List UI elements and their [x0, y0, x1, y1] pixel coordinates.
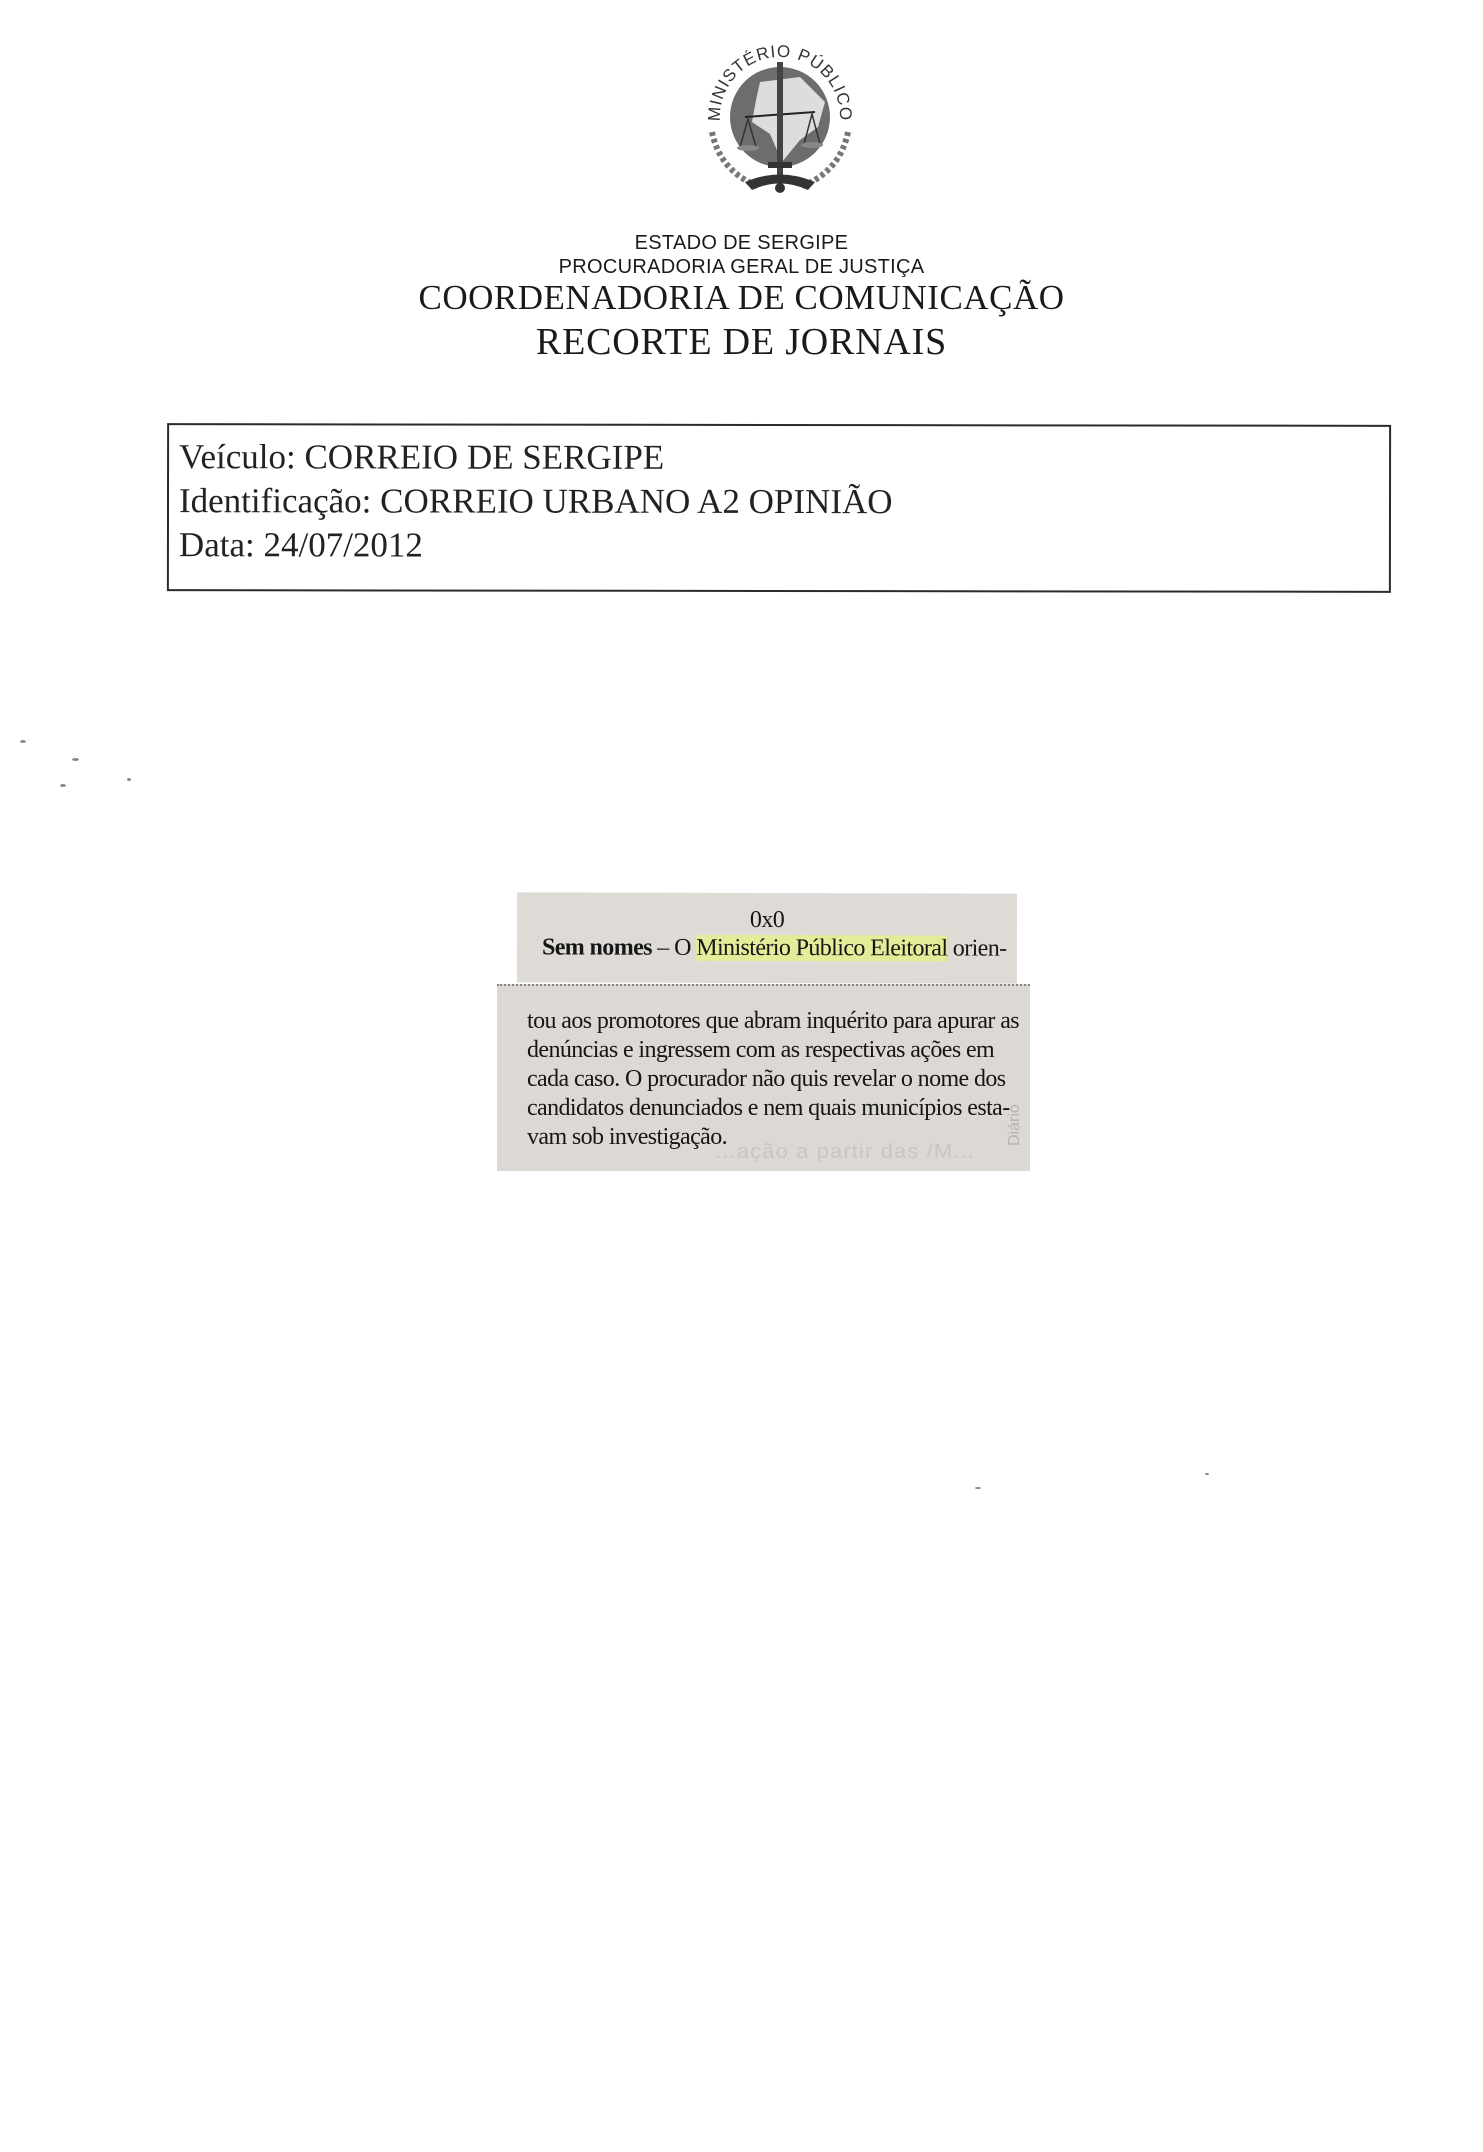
identification-line: Identificação: CORREIO URBANO A2 OPINIÃO — [179, 479, 1389, 525]
clipping-body-line: cada caso. O procurador não quis revelar… — [527, 1065, 1019, 1094]
header-state: ESTADO DE SERGIPE — [0, 232, 1483, 255]
ministerio-publico-seal-icon: MINISTÉRIO PÚBLICO — [690, 22, 870, 202]
identification-label: Identificação: — [179, 481, 371, 520]
vehicle-line: Veículo: CORREIO DE SERGIPE — [179, 435, 1389, 481]
date-value: 24/07/2012 — [263, 525, 423, 564]
clipping-lead-rest: orien- — [947, 935, 1006, 961]
clipping-lead-bold: Sem nomes — [542, 934, 652, 960]
clipping-lead-dash: – O — [652, 935, 696, 961]
newspaper-clipping-top: 0x0 Sem nomes – O Ministério Público Ele… — [517, 892, 1017, 983]
clipping-body-line: tou aos promotores que abram inquérito p… — [527, 1007, 1019, 1036]
clipping-lead: Sem nomes – O Ministério Público Eleitor… — [542, 934, 1007, 962]
clipping-body-line: candidatos denunciados e nem quais munic… — [527, 1094, 1019, 1123]
date-line: Data: 24/07/2012 — [179, 523, 1389, 569]
vehicle-value: CORREIO DE SERGIPE — [304, 437, 664, 477]
identification-value: CORREIO URBANO A2 OPINIÃO — [380, 481, 892, 521]
vehicle-label: Veículo: — [179, 437, 296, 476]
clipping-body-line: denúncias e ingressem com as respectivas… — [527, 1036, 1019, 1065]
bleed-through-side-text: Diário — [1006, 1006, 1022, 1146]
header-department: COORDENADORIA DE COMUNICAÇÃO — [0, 278, 1483, 318]
clipping-body-text: tou aos promotores que abram inquérito p… — [527, 1007, 1019, 1152]
clipping-highlighted-text: Ministério Público Eleitoral — [696, 935, 947, 962]
bleed-through-text: ...ação a partir das /M... — [715, 1141, 975, 1164]
page-title: RECORTE DE JORNAIS — [0, 320, 1483, 364]
date-label: Data: — [179, 525, 255, 564]
clipping-info-box: Veículo: CORREIO DE SERGIPE Identificaçã… — [167, 423, 1391, 593]
clipping-code: 0x0 — [517, 906, 1017, 934]
newspaper-clipping-body: tou aos promotores que abram inquérito p… — [497, 984, 1030, 1171]
header-agency: PROCURADORIA GERAL DE JUSTIÇA — [0, 256, 1483, 279]
